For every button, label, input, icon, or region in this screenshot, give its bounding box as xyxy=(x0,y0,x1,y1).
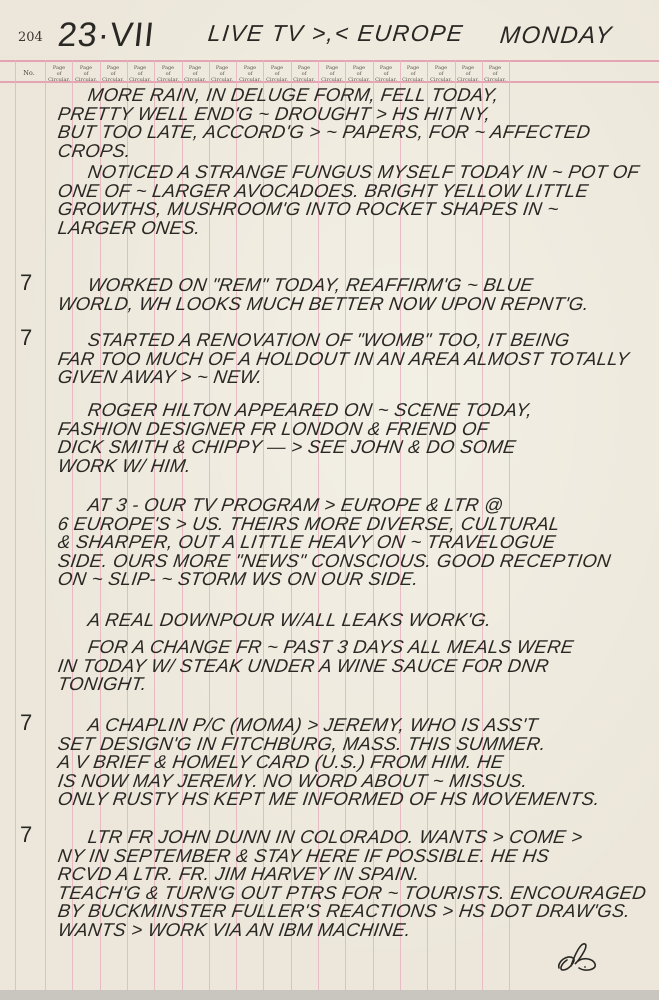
entry-title: LIVE TV >,< EUROPE xyxy=(207,20,466,47)
entry-weekday: MONDAY xyxy=(499,22,615,50)
entry-line: WORLD, WH LOOKS MUCH BETTER NOW UPON REP… xyxy=(56,293,590,315)
ledger-column-label: Page of Circular. xyxy=(428,65,454,83)
ledger-column-label: Page of Circular. xyxy=(455,65,481,83)
diary-page: 204 23·VII LIVE TV >,< EUROPE MONDAY Pag… xyxy=(0,0,659,990)
ledger-column-label: Page of Circular. xyxy=(73,65,99,83)
page-number: 204 xyxy=(18,30,43,45)
ledger-column-label: Page of Circular. xyxy=(155,65,181,83)
ledger-no-label: No. xyxy=(18,69,40,77)
ledger-column-line xyxy=(45,60,46,990)
ledger-column-label: Page of Circular. xyxy=(482,65,508,83)
page-bottom-edge xyxy=(0,990,659,1000)
entry-date: 23·VII xyxy=(56,16,157,55)
header-rule-top xyxy=(0,60,659,62)
ledger-column-label: Page of Circular. xyxy=(319,65,345,83)
entry-line: WANTS > WORK VIA AN IBM MACHINE. xyxy=(56,919,412,941)
ledger-column-label: Page of Circular. xyxy=(46,65,72,83)
entry-line: GIVEN AWAY > ~ NEW. xyxy=(56,366,264,388)
ledger-column-label: Page of Circular. xyxy=(182,65,208,83)
ledger-column-label: Page of Circular. xyxy=(291,65,317,83)
entry-line: LARGER ONES. xyxy=(56,217,201,239)
margin-check-mark: 7 xyxy=(20,270,32,296)
entry-line: ON ~ SLIP- ~ STORM WS ON OUR SIDE. xyxy=(56,568,419,590)
ledger-column-label: Page of Circular. xyxy=(100,65,126,83)
ledger-column-label: Page of Circular. xyxy=(127,65,153,83)
entry-line: CROPS. xyxy=(56,140,132,162)
entry-line: WORK W/ HIM. xyxy=(56,455,192,477)
entry-line: A REAL DOWNPOUR W/ALL LEAKS WORK'G. xyxy=(86,609,492,631)
ledger-column-label: Page of Circular. xyxy=(373,65,399,83)
entry-line: TONIGHT. xyxy=(56,673,148,695)
signature-monogram xyxy=(555,940,601,974)
margin-check-mark: 7 xyxy=(20,325,32,351)
ledger-column-label: Page of Circular. xyxy=(237,65,263,83)
ledger-column-label: Page of Circular. xyxy=(346,65,372,83)
entry-line: BUT TOO LATE, ACCORD'G > ~ PAPERS, FOR ~… xyxy=(56,121,591,143)
ledger-column-label: Page of Circular. xyxy=(400,65,426,83)
ledger-column-line xyxy=(15,60,16,990)
ledger-column-label: Page of Circular. xyxy=(209,65,235,83)
margin-check-mark: 7 xyxy=(20,710,32,736)
entry-line: ONLY RUSTY HS KEPT ME INFORMED OF HS MOV… xyxy=(56,788,601,810)
margin-check-mark: 7 xyxy=(20,822,32,848)
ledger-column-label: Page of Circular. xyxy=(264,65,290,83)
